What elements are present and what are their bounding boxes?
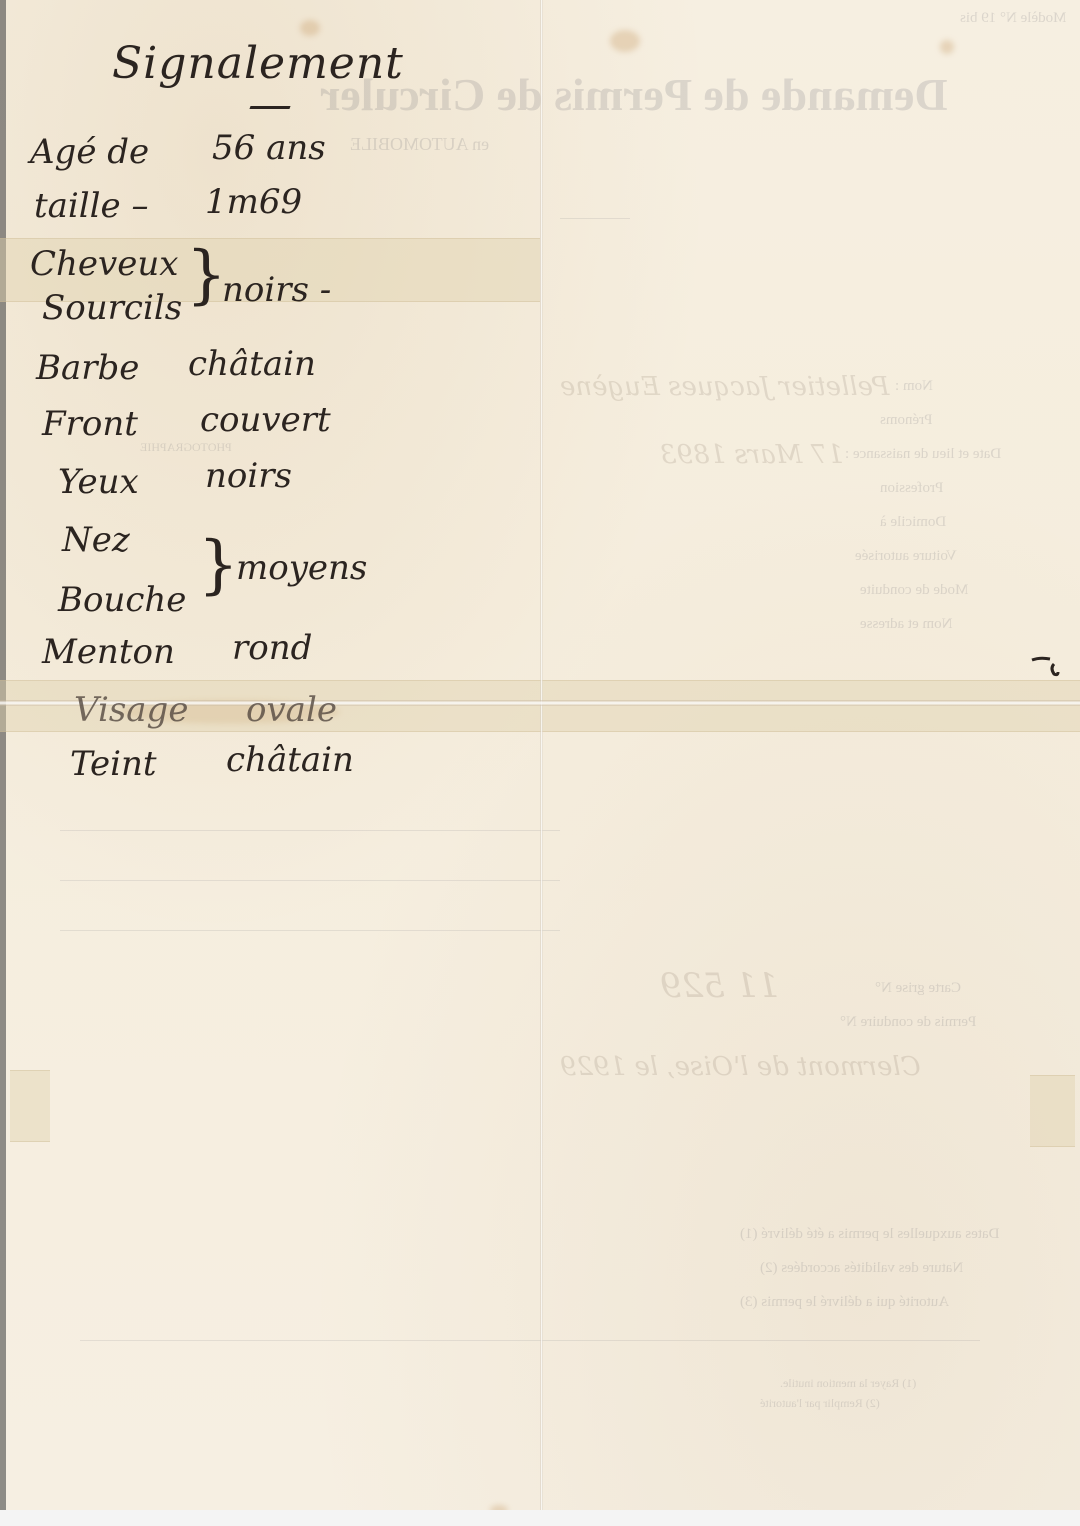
bleed-field: Domicile à — [880, 514, 946, 531]
brace-hair-eyebrows: } — [186, 238, 227, 312]
heading-signalement: Signalement — [112, 38, 404, 89]
bleed-field: Autorité qui a délivré le permis (3) — [740, 1294, 949, 1311]
value-nose-mouth: moyens — [236, 548, 367, 588]
paper-stain — [300, 20, 320, 36]
paper-stain — [940, 40, 954, 54]
label-height: taille – — [34, 186, 148, 226]
bleed-handwritten-date: 17 Mars 1893 — [660, 440, 844, 470]
value-chin: rond — [232, 628, 312, 668]
bleed-form-title: Demande de Permis de Circuler — [320, 68, 948, 121]
bleed-rule — [60, 880, 560, 881]
bleed-field: Carte grise N° — [875, 980, 961, 997]
bleed-handwritten-place: Clermont de l'Oise, le 1929 — [560, 1052, 921, 1082]
bleed-field: Prénoms — [880, 412, 933, 429]
bleed-field: Nature des validités accordées (2) — [760, 1260, 963, 1277]
tape-strip — [10, 1070, 50, 1142]
value-face: ovale — [246, 690, 337, 730]
label-hair: Cheveux — [30, 244, 178, 284]
label-nose: Nez — [62, 520, 130, 560]
paper-stain — [610, 30, 640, 52]
bleed-field: Voiture autorisée — [855, 548, 957, 565]
paper-fold-vertical — [540, 0, 543, 1510]
bleed-field: Date et lieu de naissance : — [845, 446, 1001, 463]
label-age: Agé de — [30, 132, 149, 172]
value-hair-eyebrows: noirs - — [222, 270, 331, 310]
scanned-document-page: Modèle N° 19 bis Demande de Permis de Ci… — [0, 0, 1080, 1526]
brace-nose-mouth: } — [198, 528, 239, 602]
bleed-field: Dates auxquelles le permis a été délivré… — [740, 1226, 999, 1243]
heading-underline — [249, 106, 290, 109]
scan-edge-shadow — [0, 0, 6, 1526]
value-complexion: châtain — [226, 740, 354, 780]
scan-bottom-margin — [0, 1510, 1080, 1526]
bleed-footnote: (1) Rayer la mention inutile. — [780, 1376, 916, 1391]
label-chin: Menton — [42, 632, 175, 672]
tape-strip — [1030, 1075, 1075, 1147]
value-beard: châtain — [188, 344, 316, 384]
bleed-field: Mode de conduite — [860, 582, 968, 599]
label-eyes: Yeux — [58, 462, 139, 502]
margin-ink-mark-icon — [1030, 650, 1060, 680]
label-forehead: Front — [42, 404, 138, 444]
bleed-field: Nom : — [895, 378, 933, 395]
label-complexion: Teint — [70, 744, 157, 784]
bleed-rule — [60, 930, 560, 931]
bleed-field: Nom et adresse — [860, 616, 952, 633]
bleed-photo-label: PHOTOGRAPHIE — [140, 440, 232, 455]
label-face: Visage — [74, 690, 188, 730]
bleed-handwritten-name: Pelletier Jacques Eugène — [560, 372, 889, 402]
label-mouth: Bouche — [58, 580, 186, 620]
bleed-footnote: (2) Remplir par l'autorité — [760, 1396, 880, 1411]
value-height: 1m69 — [205, 182, 302, 222]
bleed-handwritten-number: 11 529 — [660, 966, 779, 1006]
bleed-field: Permis de conduire N° — [840, 1014, 976, 1031]
label-beard: Barbe — [36, 348, 139, 388]
bleed-rule — [80, 1340, 980, 1341]
value-eyes: noirs — [205, 456, 292, 496]
bleed-rule — [60, 830, 560, 831]
bleed-model-number: Modèle N° 19 bis — [960, 10, 1066, 27]
bleed-field: Profession — [880, 480, 943, 497]
bleed-rule — [560, 218, 630, 219]
value-age: 56 ans — [212, 128, 326, 168]
label-eyebrows: Sourcils — [42, 288, 182, 328]
bleed-form-subtitle: en AUTOMOBILE — [350, 134, 489, 155]
value-forehead: couvert — [200, 400, 331, 440]
